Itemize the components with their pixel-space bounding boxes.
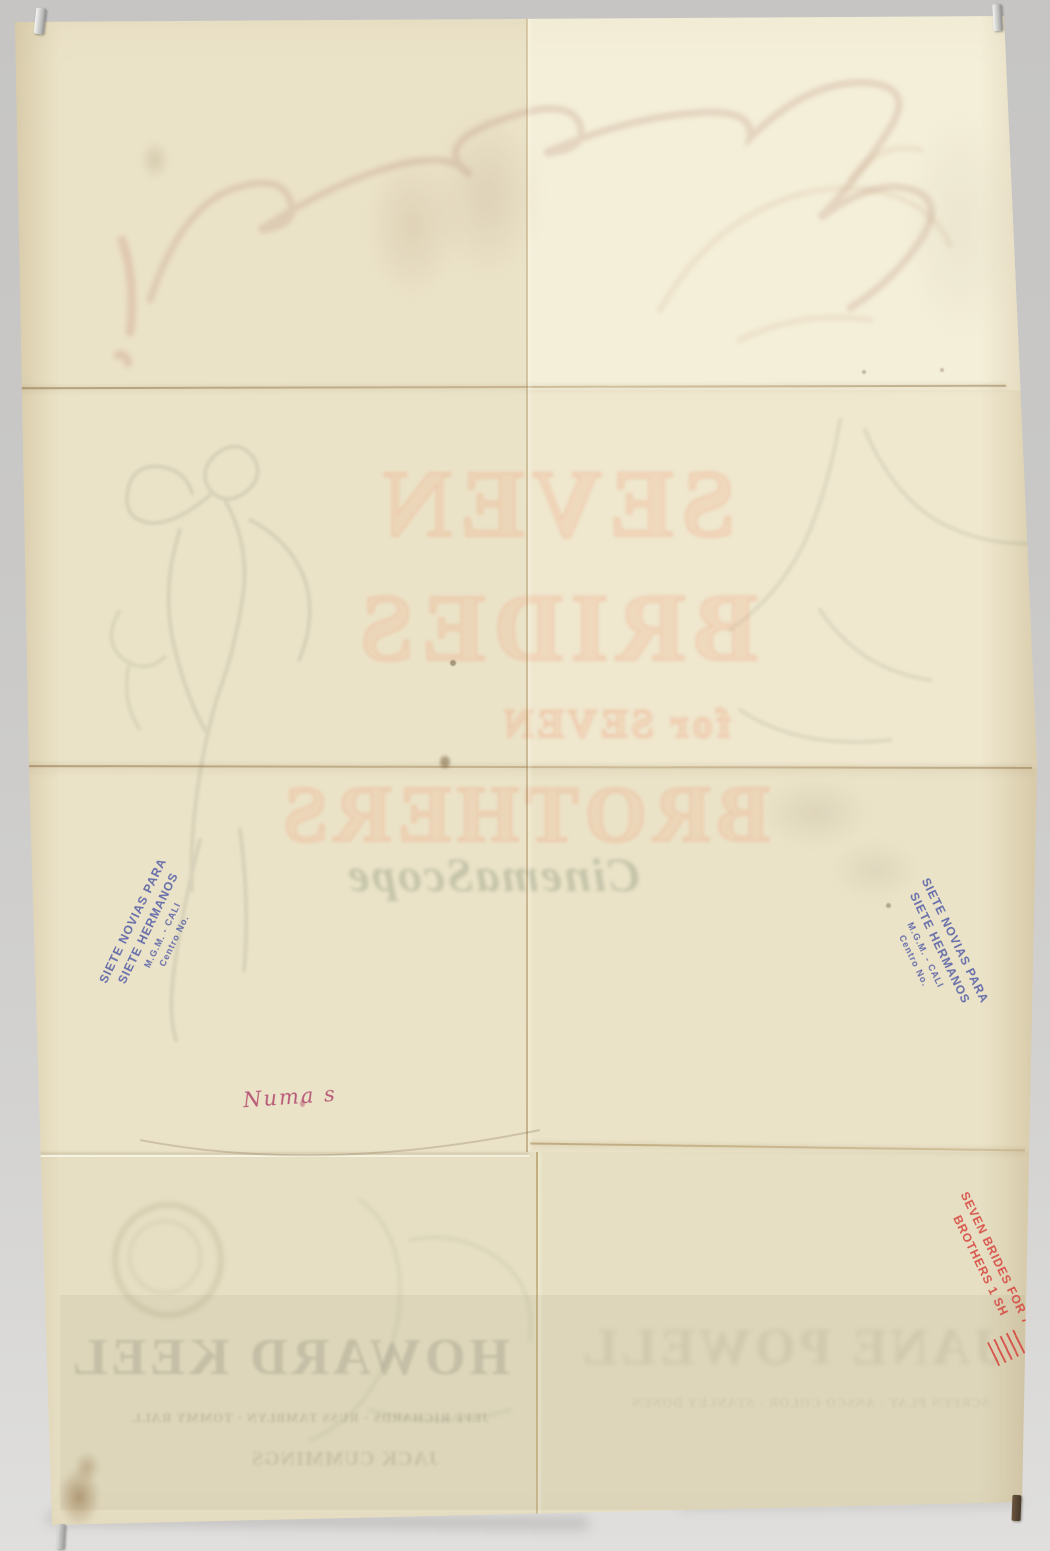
showthrough-credit-small-right: SCREEN PLAY · ANSCO COLOR · STANLEY DONE… [610, 1395, 1010, 1411]
fold-notch [440, 756, 450, 768]
showthrough-figure-topright [600, 90, 960, 380]
pin-bottom-left [56, 1524, 65, 1549]
paper-speck [886, 903, 891, 908]
ink-speck [300, 1100, 305, 1107]
distributor-stamp-right: SIETE NOVIAS PARA SIETE HERMANOS M.G.M. … [866, 852, 1004, 1049]
showthrough-credit-small-left: JEFF RICHARDS · RUSS TAMBLYN · TOMMY RAL… [95, 1410, 525, 1426]
stain-bottom-left [74, 1452, 100, 1482]
showthrough-studio-logo-inner [128, 1220, 202, 1294]
showthrough-title-brides: BRIDES [345, 572, 765, 683]
showthrough-credit-jane-powell: JANE POWELL [600, 1318, 1000, 1377]
paper-speck [450, 660, 456, 666]
pin-top-right [992, 4, 1002, 31]
showthrough-credit-producer: JACK CUMMINGS [245, 1448, 445, 1471]
pin-bottom-right [1012, 1495, 1022, 1521]
showthrough-credit-howard-keel: HOWARD KEEL [180, 1328, 510, 1387]
fold-line-horizontal-3-right [530, 1143, 1025, 1152]
pencil-arc [130, 1100, 550, 1160]
showthrough-title-for-seven: for SEVEN [540, 700, 730, 747]
poster-back: SEVEN BRIDES for SEVEN BROTHERS CinemaSc… [0, 0, 1050, 1551]
showthrough-title-seven: SEVEN [340, 448, 770, 559]
paper-speck [862, 370, 866, 374]
stain-bottom-left [58, 1468, 100, 1526]
paper-speck [940, 368, 944, 372]
showthrough-cinemascope: CinemaScope [318, 848, 668, 903]
fold-line-vertical-bottom [536, 1152, 538, 1525]
fold-line-vertical-top [526, 16, 528, 1152]
photo-background: SEVEN BRIDES for SEVEN BROTHERS CinemaSc… [0, 0, 1050, 1551]
